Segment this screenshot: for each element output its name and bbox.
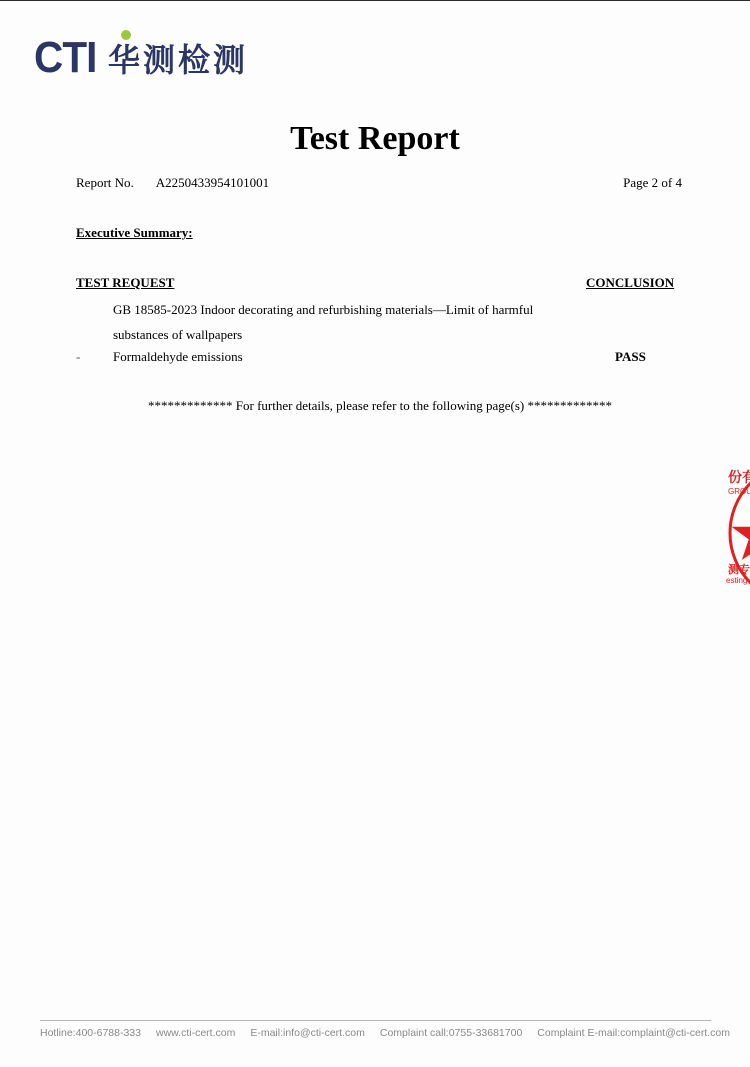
logo-latin-text: CTI — [34, 36, 96, 80]
executive-summary-heading: Executive Summary: — [76, 224, 193, 242]
stamp-text-group: GROUP — [728, 487, 750, 496]
top-border — [0, 0, 750, 1]
item-marker: - — [76, 348, 80, 366]
footer-divider — [40, 1020, 711, 1021]
further-details-note: ************* For further details, pleas… — [0, 397, 750, 415]
test-standard: GB 18585-2023 Indoor decorating and refu… — [113, 297, 563, 347]
stamp-text-bottom: 测专 — [728, 562, 750, 576]
report-number: Report No.A2250433954101001 — [76, 174, 269, 192]
test-item-result: PASS — [615, 348, 646, 366]
logo-dot-icon — [121, 30, 131, 40]
footer-email-link[interactable]: E-mail:info@cti-cert.com — [250, 1026, 365, 1040]
company-seal-stamp: 份有 GROUP 测专 esting S — [726, 460, 750, 606]
star-icon — [732, 506, 750, 560]
footer-hotline: Hotline:400-6788-333 — [40, 1026, 141, 1040]
logo-chinese-text: 华测检测 — [108, 42, 248, 78]
page-indicator: Page 2 of 4 — [623, 174, 682, 192]
company-logo: CTI 华测检测 — [34, 30, 102, 80]
footer-website-link[interactable]: www.cti-cert.com — [156, 1026, 235, 1040]
footer-contact: Hotline:400-6788-333 www.cti-cert.com E-… — [40, 1026, 720, 1040]
footer-complaint-email-link[interactable]: Complaint E-mail:complaint@cti-cert.com — [537, 1026, 730, 1040]
report-number-value: A2250433954101001 — [156, 175, 269, 190]
report-number-label: Report No. — [76, 175, 134, 190]
test-item-name: Formaldehyde emissions — [113, 348, 243, 366]
conclusion-header: CONCLUSION — [586, 274, 674, 292]
test-request-header: TEST REQUEST — [76, 274, 174, 292]
stamp-text-testing: esting S — [726, 576, 750, 585]
stamp-text-top: 份有 — [728, 469, 750, 486]
page-title: Test Report — [0, 118, 750, 160]
footer-complaint-call: Complaint call:0755-33681700 — [380, 1026, 522, 1040]
